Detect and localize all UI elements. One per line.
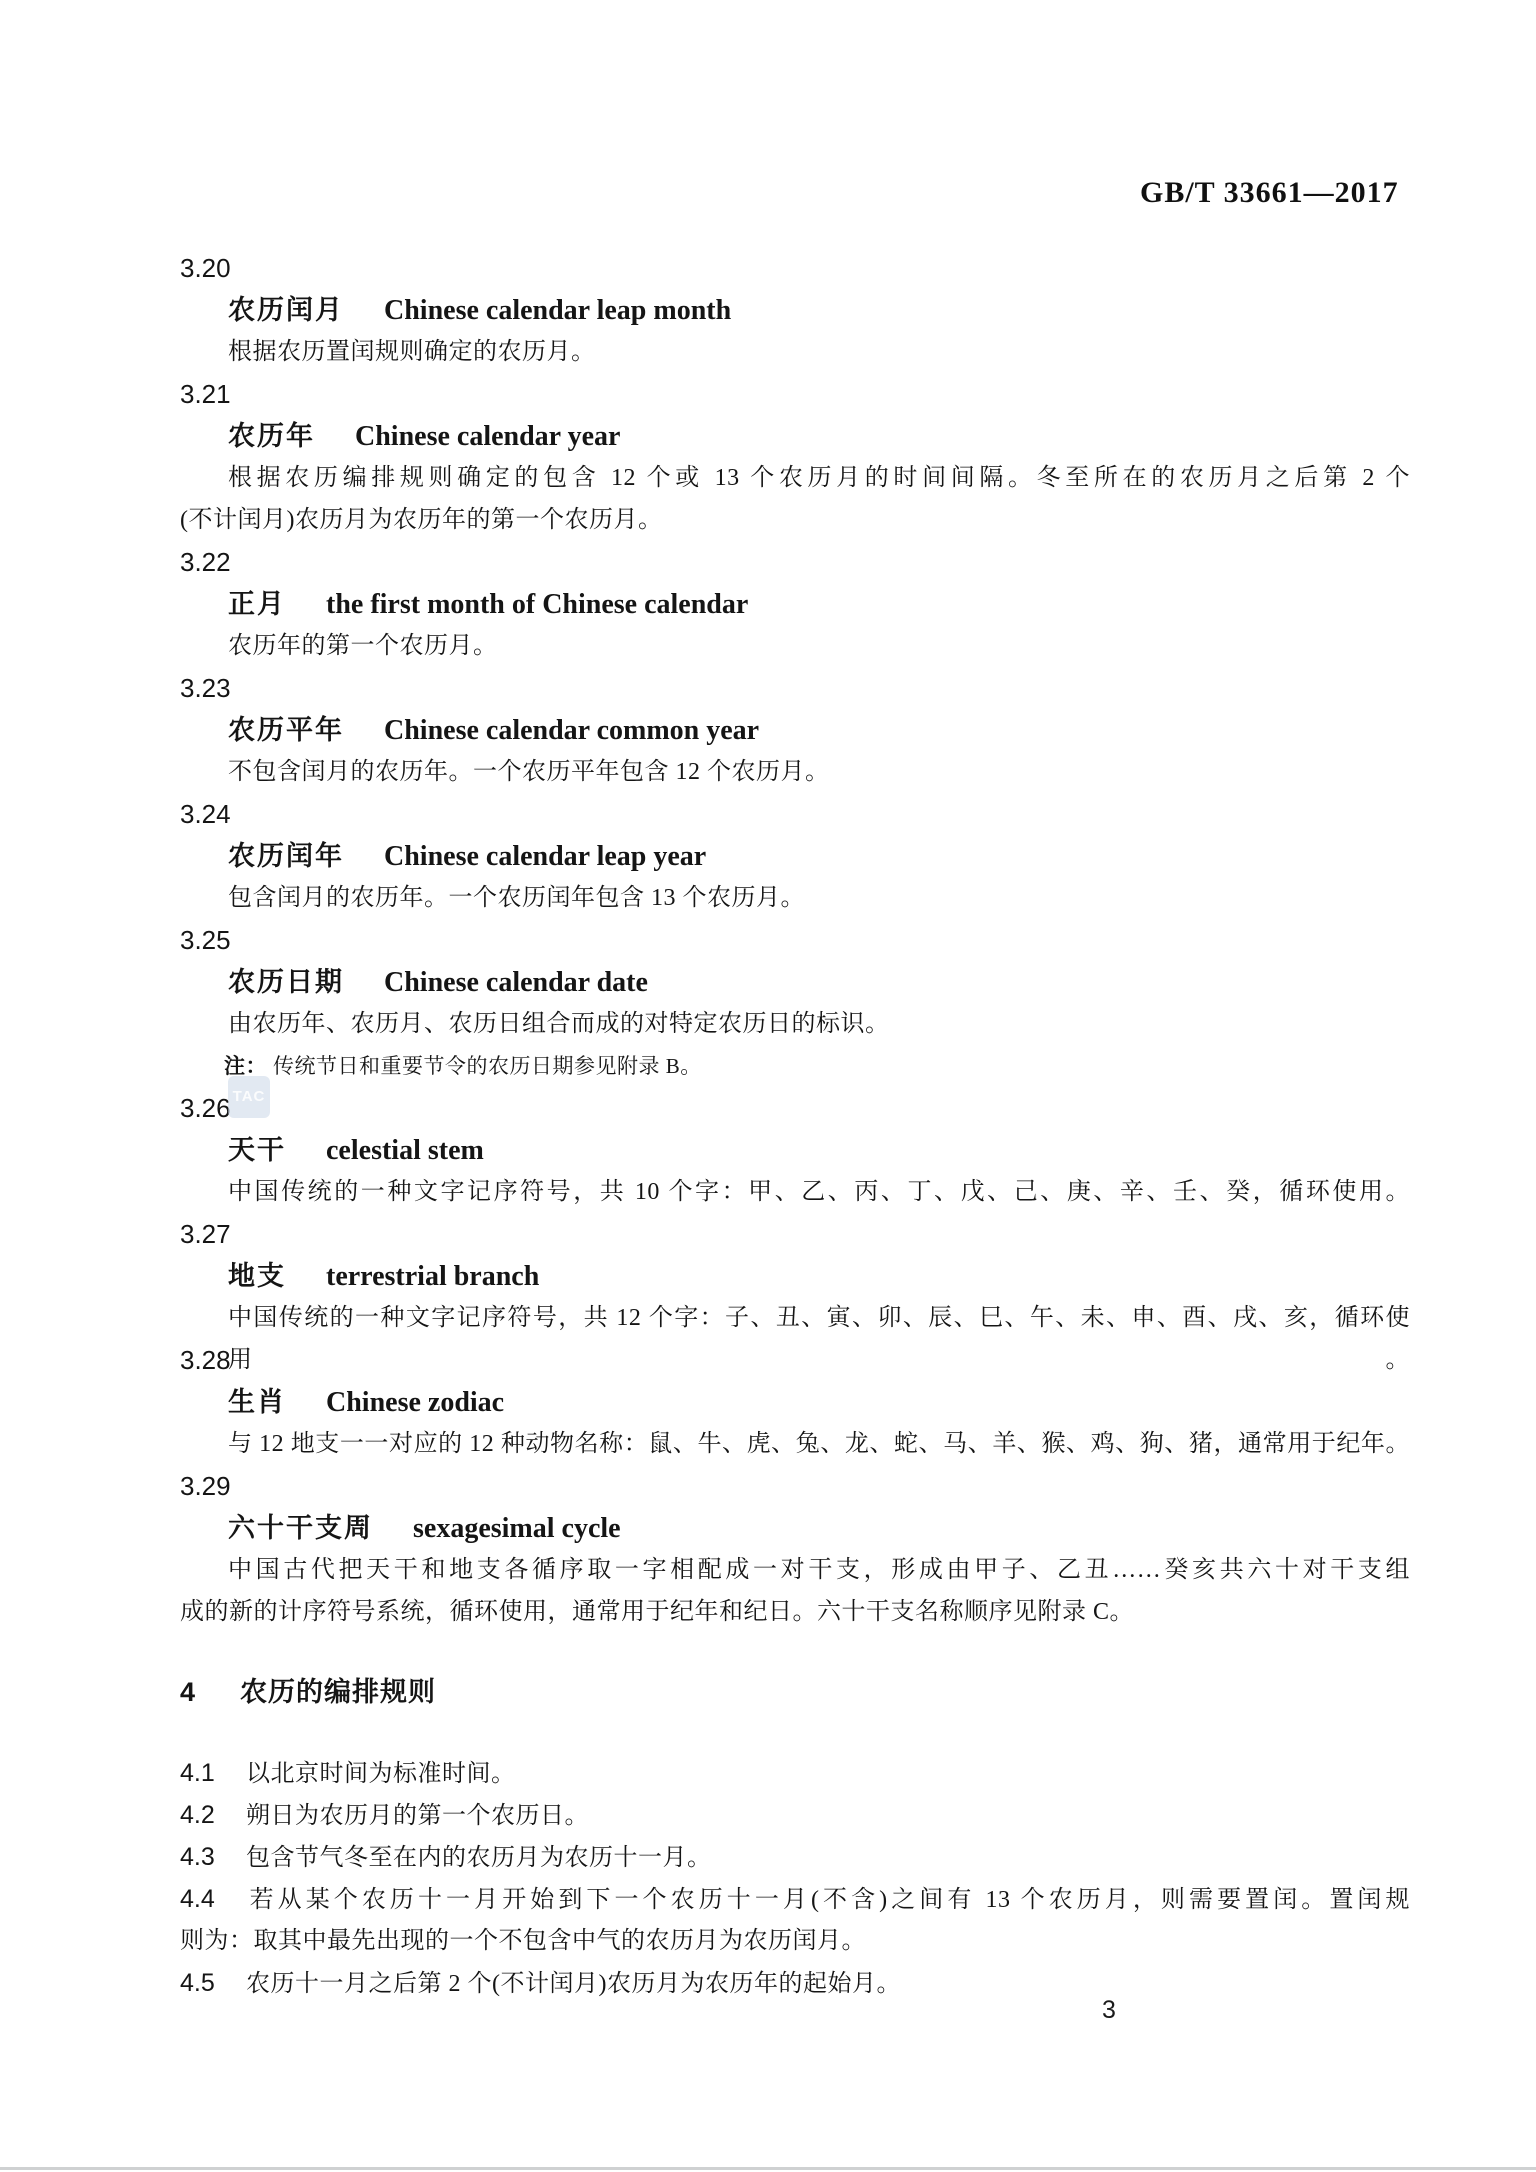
rule-number: 4.4 <box>180 1878 246 1920</box>
term-definition: 包含闰月的农历年。一个农历闰年包含 13 个农历月。 <box>180 877 1410 919</box>
scan-bottom-edge-line <box>0 2167 1536 2170</box>
terms-section: 3.20 农历闰月Chinese calendar leap month 根据农… <box>180 247 1410 2004</box>
note-label: 注： <box>224 1055 267 1078</box>
term-entry: 3.25 农历日期Chinese calendar date 由农历年、农历月、… <box>180 919 1410 1087</box>
term-zh: 地支 <box>228 1261 286 1291</box>
term-line: 农历平年Chinese calendar common year <box>180 709 1410 751</box>
term-en: Chinese calendar year <box>355 421 620 452</box>
term-definition: 与 12 地支一一对应的 12 种动物名称：鼠、牛、虎、兔、龙、蛇、马、羊、猴、… <box>180 1423 1410 1465</box>
term-entry: 3.26 天干celestial stem 中国传统的一种文字记序符号，共 10… <box>180 1087 1410 1213</box>
term-definition: 根据农历置闰规则确定的农历月。 <box>180 331 1410 373</box>
term-line: 农历闰年Chinese calendar leap year <box>180 835 1410 877</box>
term-en: the first month of Chinese calendar <box>326 589 748 620</box>
term-definition: 中国传统的一种文字记序符号，共 10 个字：甲、乙、丙、丁、戊、己、庚、辛、壬、… <box>180 1171 1410 1213</box>
term-en: terrestrial branch <box>326 1261 539 1292</box>
term-definition-continued: 成的新的计序符号系统，循环使用，通常用于纪年和纪日。六十干支名称顺序见附录 C。 <box>180 1591 1410 1633</box>
rule-line: 4.5农历十一月之后第 2 个(不计闰月)农历月为农历年的起始月。 <box>180 1962 1410 2004</box>
rule-text: 若从某个农历十一月开始到下一个农历十一月(不含)之间有 13 个农历月，则需要置… <box>246 1887 1410 1913</box>
term-number: 3.20 <box>180 247 1410 289</box>
term-number: 3.27 <box>180 1213 1410 1255</box>
heading-number: 4 <box>180 1671 240 1713</box>
term-zh: 生肖 <box>228 1387 286 1417</box>
term-line: 天干celestial stem <box>180 1129 1410 1171</box>
term-definition: 根据农历编排规则确定的包含 12 个或 13 个农历月的时间间隔。冬至所在的农历… <box>180 457 1410 499</box>
term-zh: 农历闰年 <box>228 841 344 871</box>
term-number: 3.21 <box>180 373 1410 415</box>
term-entry: 3.21 农历年Chinese calendar year 根据农历编排规则确定… <box>180 373 1410 541</box>
term-zh: 天干 <box>228 1135 286 1165</box>
term-line: 农历日期Chinese calendar date <box>180 961 1410 1003</box>
term-definition: 中国传统的一种文字记序符号，共 12 个字：子、丑、寅、卯、辰、巳、午、未、申、… <box>180 1297 1410 1339</box>
term-definition: 由农历年、农历月、农历日组合而成的对特定农历日的标识。 <box>180 1003 1410 1045</box>
term-entry: 3.29 六十干支周sexagesimal cycle 中国古代把天干和地支各循… <box>180 1465 1410 1633</box>
term-entry: 3.24 农历闰年Chinese calendar leap year 包含闰月… <box>180 793 1410 919</box>
term-zh: 六十干支周 <box>228 1513 373 1543</box>
term-number: 3.25 <box>180 919 1410 961</box>
rule-line: 4.2朔日为农历月的第一个农历日。 <box>180 1794 1410 1836</box>
watermark-stamp: TAC <box>228 1076 270 1118</box>
rule-number: 4.3 <box>180 1836 246 1878</box>
term-en: Chinese calendar common year <box>384 715 759 746</box>
note-text: 传统节日和重要节令的农历日期参见附录 B。 <box>273 1054 702 1078</box>
term-entry: 3.27 地支terrestrial branch 中国传统的一种文字记序符号，… <box>180 1213 1410 1339</box>
page-sheet: GB/T 33661—2017 3.20 农历闰月Chinese calenda… <box>0 0 1536 2172</box>
term-en: Chinese calendar date <box>384 967 648 998</box>
term-entry: 3.20 农历闰月Chinese calendar leap month 根据农… <box>180 247 1410 373</box>
term-line: 六十干支周sexagesimal cycle <box>180 1507 1410 1549</box>
term-zh: 农历平年 <box>228 715 344 745</box>
term-number: 3.23 <box>180 667 1410 709</box>
term-number: 3.24 <box>180 793 1410 835</box>
term-note: 注：传统节日和重要节令的农历日期参见附录 B。 <box>180 1045 1410 1087</box>
rule-text: 朔日为农历月的第一个农历日。 <box>246 1803 589 1829</box>
term-en: Chinese zodiac <box>326 1387 504 1418</box>
term-zh: 正月 <box>228 589 286 619</box>
rule-number: 4.1 <box>180 1752 246 1794</box>
rule-number: 4.2 <box>180 1794 246 1836</box>
term-line: 地支terrestrial branch <box>180 1255 1410 1297</box>
rule-number: 4.5 <box>180 1962 246 2004</box>
term-en: sexagesimal cycle <box>413 1513 621 1544</box>
term-line: 正月the first month of Chinese calendar <box>180 583 1410 625</box>
rule-text: 农历十一月之后第 2 个(不计闰月)农历月为农历年的起始月。 <box>246 1971 901 1997</box>
term-definition: 不包含闰月的农历年。一个农历平年包含 12 个农历月。 <box>180 751 1410 793</box>
term-zh: 农历闰月 <box>228 295 344 325</box>
term-number: 3.26 <box>180 1087 1410 1129</box>
term-line: 农历年Chinese calendar year <box>180 415 1410 457</box>
term-entry: 3.22 正月the first month of Chinese calend… <box>180 541 1410 667</box>
term-definition-continued: (不计闰月)农历月为农历年的第一个农历月。 <box>180 499 1410 541</box>
term-en: celestial stem <box>326 1135 484 1166</box>
rule-line: 4.4若从某个农历十一月开始到下一个农历十一月(不含)之间有 13 个农历月，则… <box>180 1878 1410 1920</box>
term-entry: 3.23 农历平年Chinese calendar common year 不包… <box>180 667 1410 793</box>
rule-line-continued: 则为：取其中最先出现的一个不包含中气的农历月为农历闰月。 <box>180 1920 1410 1962</box>
term-definition: 农历年的第一个农历月。 <box>180 625 1410 667</box>
term-zh: 农历年 <box>228 421 315 451</box>
rule-line: 4.3包含节气冬至在内的农历月为农历十一月。 <box>180 1836 1410 1878</box>
rule-line: 4.1以北京时间为标准时间。 <box>180 1752 1410 1794</box>
section4-heading: 4农历的编排规则 <box>180 1671 1410 1713</box>
doc-number-header: GB/T 33661—2017 <box>1140 176 1480 210</box>
term-en: Chinese calendar leap year <box>384 841 706 872</box>
term-line: 生肖Chinese zodiac <box>180 1381 1410 1423</box>
page-number: 3 <box>1102 1996 1116 2025</box>
term-en: Chinese calendar leap month <box>384 295 731 326</box>
term-line: 农历闰月Chinese calendar leap month <box>180 289 1410 331</box>
heading-title: 农历的编排规则 <box>240 1677 436 1707</box>
term-number: 3.22 <box>180 541 1410 583</box>
rule-text: 以北京时间为标准时间。 <box>246 1761 516 1787</box>
term-number: 3.29 <box>180 1465 1410 1507</box>
rules-list: 4.1以北京时间为标准时间。 4.2朔日为农历月的第一个农历日。 4.3包含节气… <box>180 1752 1410 2004</box>
rule-text: 包含节气冬至在内的农历月为农历十一月。 <box>246 1845 712 1871</box>
term-definition: 中国古代把天干和地支各循序取一字相配成一对干支，形成由甲子、乙丑……癸亥共六十对… <box>180 1549 1410 1591</box>
term-zh: 农历日期 <box>228 967 344 997</box>
